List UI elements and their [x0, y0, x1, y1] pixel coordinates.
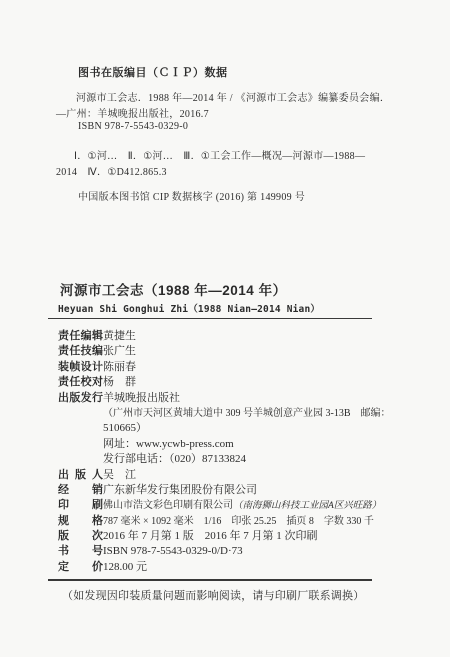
- book-title-pinyin: Heyuan Shi Gonghui Zhi（1988 Nian—2014 Ni…: [58, 301, 320, 315]
- colophon-row-value: 吴 江: [103, 469, 136, 481]
- cip-classification-line2: 2014 Ⅳ．①D412.865.3: [56, 163, 167, 178]
- book-title: 河源市工会志（1988 年—2014 年）: [60, 279, 287, 299]
- colophon-row-value: 发行部电话：（020）87133824: [103, 453, 246, 465]
- colophon-row-publisher-person: 出版人吴 江: [58, 468, 391, 483]
- colophon-row-label: 规格: [58, 514, 103, 529]
- colophon-row-value: 黄捷生: [103, 330, 136, 342]
- colophon-row-value: （广州市天河区黄埔大道中 309 号羊城创意产业园 3-13B 邮编：: [103, 408, 391, 419]
- cip-isbn-line: ISBN 978-7-5543-0329-0: [78, 121, 188, 132]
- colophon-row-value: 张广生: [103, 345, 136, 357]
- print-quality-note: （如发现因印装质量问题而影响阅读，请与印刷厂联系调换）: [62, 587, 364, 603]
- colophon-row-value: 陈丽春: [103, 361, 136, 373]
- colophon-row-value: 佛山市浩文彩色印刷有限公司: [103, 500, 233, 511]
- colophon-row-label: 印刷: [58, 498, 103, 513]
- cip-entry-line2: —广州：羊城晚报出版社，2016.7: [56, 105, 209, 120]
- colophon-row-publisher-address: （广州市天河区黄埔大道中 309 号羊城创意产业园 3-13B 邮编：: [58, 406, 391, 421]
- cip-record-number: 中国版本图书馆 CIP 数据核字 (2016) 第 149909 号: [78, 188, 305, 203]
- colophon-row-price: 定价128.00 元: [58, 560, 391, 575]
- footer-divider: [48, 579, 372, 581]
- colophon-row-proofreader: 责任校对杨 群: [58, 375, 391, 390]
- cip-header: 图书在版编目（ＣＩＰ）数据: [78, 64, 228, 80]
- colophon-row-label: 出版发行: [58, 391, 103, 406]
- colophon-row-label: 书号: [58, 544, 103, 559]
- colophon-row-website: 网址：www.ycwb-press.com: [58, 437, 391, 452]
- colophon-row-value: 杨 群: [103, 376, 136, 388]
- colophon-row-technical-editor: 责任技编张广生: [58, 344, 391, 359]
- printer-location-note: （南海狮山科技工业园A区兴旺路）: [233, 501, 381, 511]
- colophon-row-value: 广东新华发行集团股份有限公司: [103, 484, 257, 496]
- colophon-row-format: 规格787 毫米 × 1092 毫米 1/16 印张 25.25 插页 8 字数…: [58, 514, 391, 529]
- cip-entry-line1: 河源市工会志．1988 年—2014 年 / 《河源市工会志》编纂委员会编．: [76, 89, 390, 104]
- colophon-row-value: ISBN 978-7-5543-0329-0/D·73: [103, 545, 243, 557]
- colophon-row-edition: 版次2016 年 7 月第 1 版 2016 年 7 月第 1 次印刷: [58, 529, 391, 544]
- colophon-row-label: 责任编辑: [58, 329, 103, 344]
- colophon-row-designer: 装帧设计陈丽春: [58, 360, 391, 375]
- colophon-row-value: 羊城晚报出版社: [103, 392, 180, 404]
- colophon-row-sales-phone: 发行部电话：（020）87133824: [58, 452, 391, 467]
- colophon-row-value: 网址：www.ycwb-press.com: [103, 438, 234, 450]
- colophon-row-distributor: 经销广东新华发行集团股份有限公司: [58, 483, 391, 498]
- colophon-table: 责任编辑黄捷生 责任技编张广生 装帧设计陈丽春 责任校对杨 群 出版发行羊城晚报…: [58, 329, 391, 575]
- colophon-row-label: 经销: [58, 483, 103, 498]
- colophon-row-label: 出版人: [58, 468, 103, 483]
- colophon-row-value: 510665）: [103, 422, 147, 434]
- colophon-row-label: 定价: [58, 560, 103, 575]
- cip-classification-line1: Ⅰ．①河… Ⅱ．①河… Ⅲ．①工会工作—概况—河源市—1988—: [74, 147, 365, 162]
- colophon-row-book-number: 书号ISBN 978-7-5543-0329-0/D·73: [58, 544, 391, 559]
- colophon-row-label: 责任校对: [58, 375, 103, 390]
- colophon-row-value: 2016 年 7 月第 1 版 2016 年 7 月第 1 次印刷: [103, 530, 318, 542]
- colophon-row-printer: 印刷佛山市浩文彩色印刷有限公司（南海狮山科技工业园A区兴旺路）: [58, 498, 391, 513]
- title-divider: [48, 318, 372, 319]
- colophon-row-postcode: 510665）: [58, 421, 391, 436]
- colophon-row-label: 装帧设计: [58, 360, 103, 375]
- colophon-row-label: 责任技编: [58, 344, 103, 359]
- colophon-row-label: 版次: [58, 529, 103, 544]
- colophon-row-publisher: 出版发行羊城晚报出版社: [58, 391, 391, 406]
- colophon-page: 图书在版编目（ＣＩＰ）数据 河源市工会志．1988 年—2014 年 / 《河源…: [0, 0, 450, 657]
- colophon-row-value: 128.00 元: [103, 561, 147, 573]
- colophon-row-editor: 责任编辑黄捷生: [58, 329, 391, 344]
- colophon-row-value: 787 毫米 × 1092 毫米 1/16 印张 25.25 插页 8 字数 3…: [103, 516, 374, 527]
